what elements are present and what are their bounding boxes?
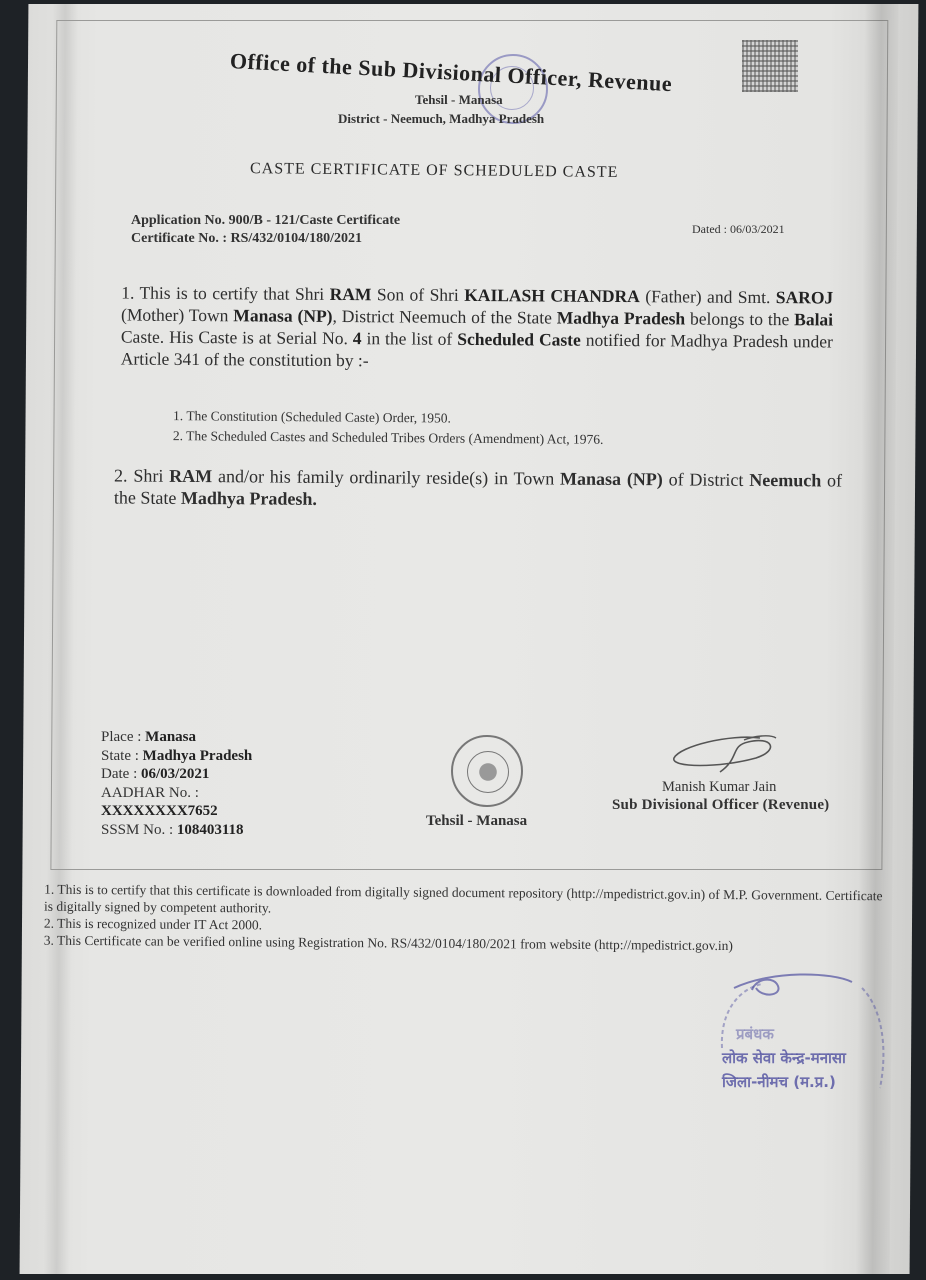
caste-name: Balai [794,309,833,329]
mother-name: SAROJ [776,287,834,307]
signatory-title: Sub Divisional Officer (Revenue) [612,797,829,814]
certificate-heading: CASTE CERTIFICATE OF SCHEDULED CASTE [250,160,619,182]
signature-icon [660,728,790,778]
date-row: Date : 06/03/2021 [101,765,252,784]
aadhar-label: AADHAR No. : [101,784,252,803]
application-number: Application No. 900/B - 121/Caste Certif… [131,213,400,229]
qr-code-icon [742,40,798,92]
serial-number: 4 [353,328,362,348]
town-name: Manasa (NP) [233,305,332,326]
certificate-number: Certificate No. : RS/432/0104/180/2021 [131,231,362,247]
residence-paragraph: 2. Shri RAM and/or his family ordinarily… [114,464,842,513]
certificate-details: Place : Manasa State : Madhya Pradesh Da… [101,728,252,839]
caste-category: Scheduled Caste [457,329,581,350]
certification-paragraph: 1. This is to certify that Shri RAM Son … [121,282,834,375]
government-seal-icon [451,735,523,807]
place-row: Place : Manasa [101,728,252,747]
signatory-name: Manish Kumar Jain [662,779,776,796]
seal-label: Tehsil - Manasa [426,813,527,830]
sssm-row: SSSM No. : 108403118 [101,821,252,840]
tehsil-line: Tehsil - Manasa [415,92,503,108]
certificate-date: Dated : 06/03/2021 [692,222,785,237]
holder-name: RAM [330,284,372,304]
footnotes: 1. This is to certify that this certific… [44,881,890,956]
orders-list: 1. The Constitution (Scheduled Caste) Or… [173,406,604,450]
order-item: 2. The Scheduled Castes and Scheduled Tr… [173,426,604,450]
state-name: Madhya Pradesh [557,308,686,329]
state-row: State : Madhya Pradesh [101,747,252,766]
stamp-text: प्रबंधक लोक सेवा केन्द्र-मनासा जिला-नीमच… [722,1022,846,1094]
district-line: District - Neemuch, Madhya Pradesh [338,111,544,127]
father-name: KAILASH CHANDRA [464,285,640,306]
aadhar-value: XXXXXXXX7652 [101,802,252,821]
